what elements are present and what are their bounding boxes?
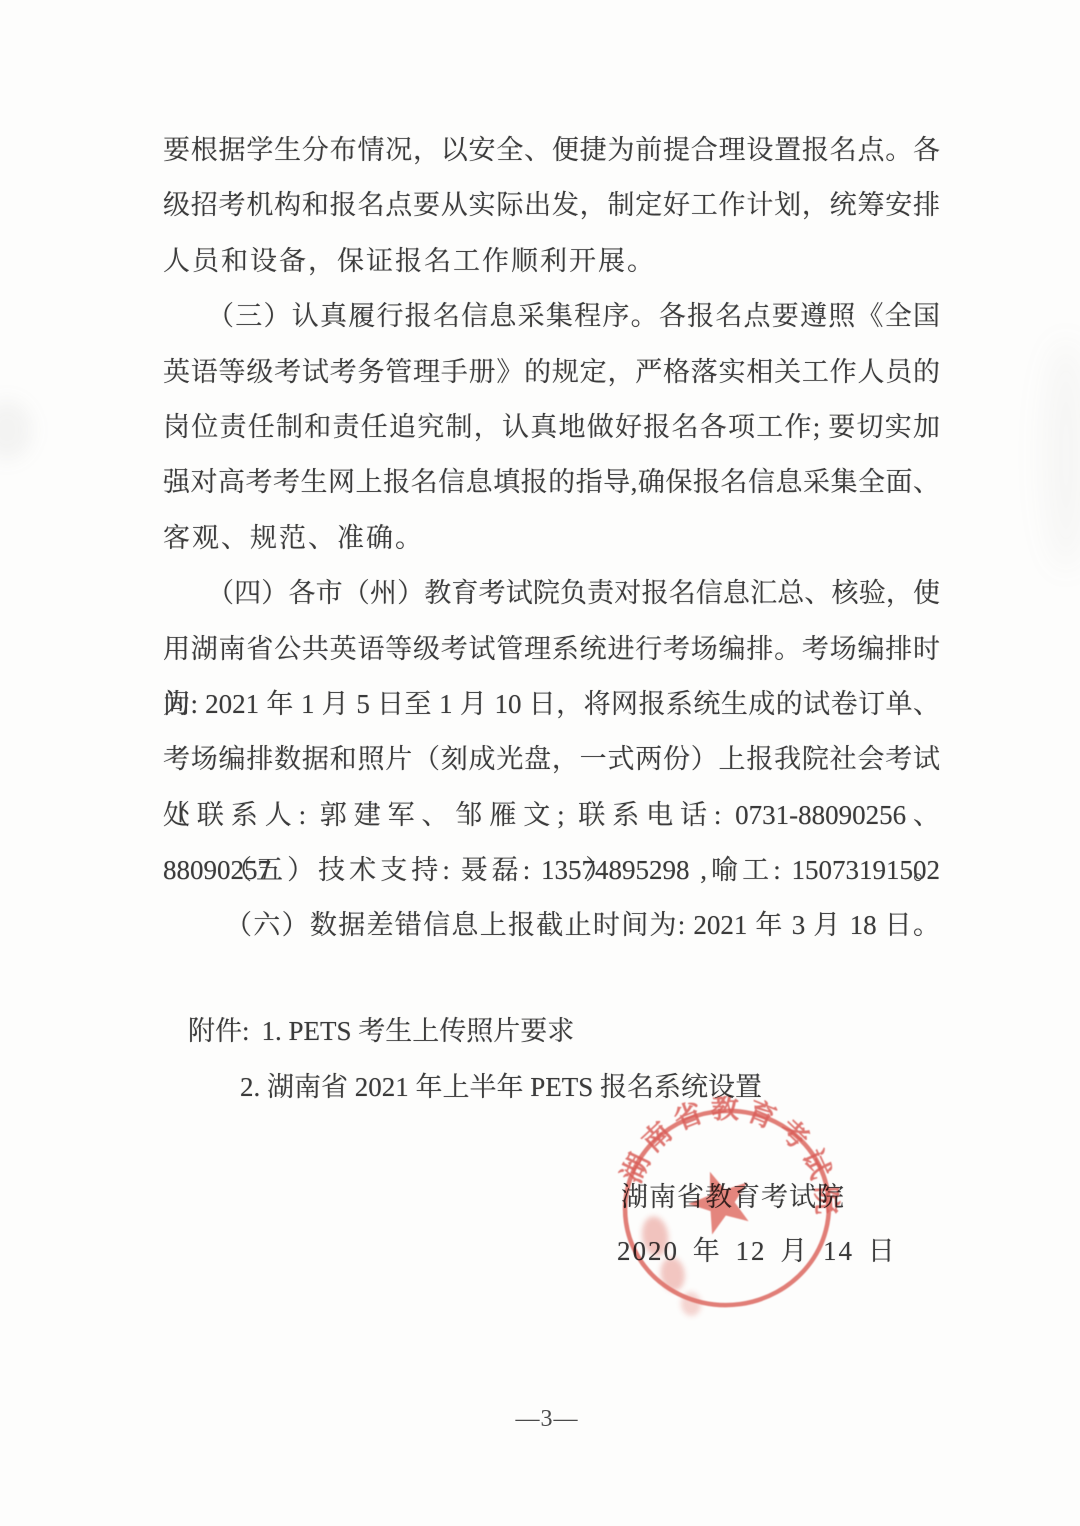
body-line: 考场编排数据和照片（刻成光盘，一式两份）上报我院社会考试处 bbox=[163, 732, 940, 787]
body-line: 人员和设备，保证报名工作顺利开展。 bbox=[163, 234, 940, 289]
scanned-document-page: 要根据学生分布情况，以安全、便捷为前提合理设置报名点。各 级招考机构和报名点要从… bbox=[0, 0, 1080, 1526]
seal-star-icon bbox=[680, 1161, 759, 1239]
seal-smudge bbox=[658, 1256, 686, 1293]
body-line: 为: 2021 年 1 月 5 日至 1 月 10 日，将网报系统生成的试卷订单… bbox=[163, 677, 940, 732]
body-line: 用湖南省公共英语等级考试管理系统进行考场编排。考场编排时间 bbox=[163, 622, 940, 677]
document-body: 要根据学生分布情况，以安全、便捷为前提合理设置报名点。各 级招考机构和报名点要从… bbox=[163, 123, 940, 954]
attachment-item: 1. PETS 考生上传照片要求 bbox=[262, 1016, 575, 1046]
body-line: 强对高考考生网上报名信息填报的指导,确保报名信息采集全面、 bbox=[163, 455, 940, 510]
page-number: —3— bbox=[0, 1406, 1080, 1433]
body-line: 岗位责任制和责任追究制，认真地做好报名各项工作; 要切实加 bbox=[163, 400, 940, 455]
seal-smudge bbox=[640, 1215, 671, 1258]
body-line: （联系人: 郭建军、邹雁文; 联系电话: 0731-88090256、88090… bbox=[163, 788, 940, 843]
body-line: （六）数据差错信息上报截止时间为: 2021 年 3 月 18 日。 bbox=[163, 898, 940, 953]
attachment-line: 附件:1. PETS 考生上传照片要求 bbox=[188, 1003, 762, 1059]
body-line: 英语等级考试考务管理手册》的规定，严格落实相关工作人员的 bbox=[163, 345, 940, 400]
body-line: （四）各市（州）教育考试院负责对报名信息汇总、核验，使 bbox=[163, 566, 940, 621]
body-line: （三）认真履行报名信息采集程序。各报名点要遵照《全国 bbox=[163, 289, 940, 344]
body-line: 客观、规范、准确。 bbox=[163, 511, 940, 566]
attachment-label: 附件: bbox=[188, 1016, 250, 1046]
scan-smudge bbox=[0, 400, 32, 460]
body-line: 要根据学生分布情况，以安全、便捷为前提合理设置报名点。各 bbox=[163, 123, 940, 178]
body-line: 级招考机构和报名点要从实际出发，制定好工作计划，统筹安排 bbox=[163, 178, 940, 233]
official-seal: 湖南省教育考试院 bbox=[612, 1096, 842, 1324]
scan-smudge bbox=[1042, 340, 1080, 570]
body-line: （五）技术支持: 聂磊: 13574895298 ,喻工: 1507319150… bbox=[163, 843, 940, 898]
